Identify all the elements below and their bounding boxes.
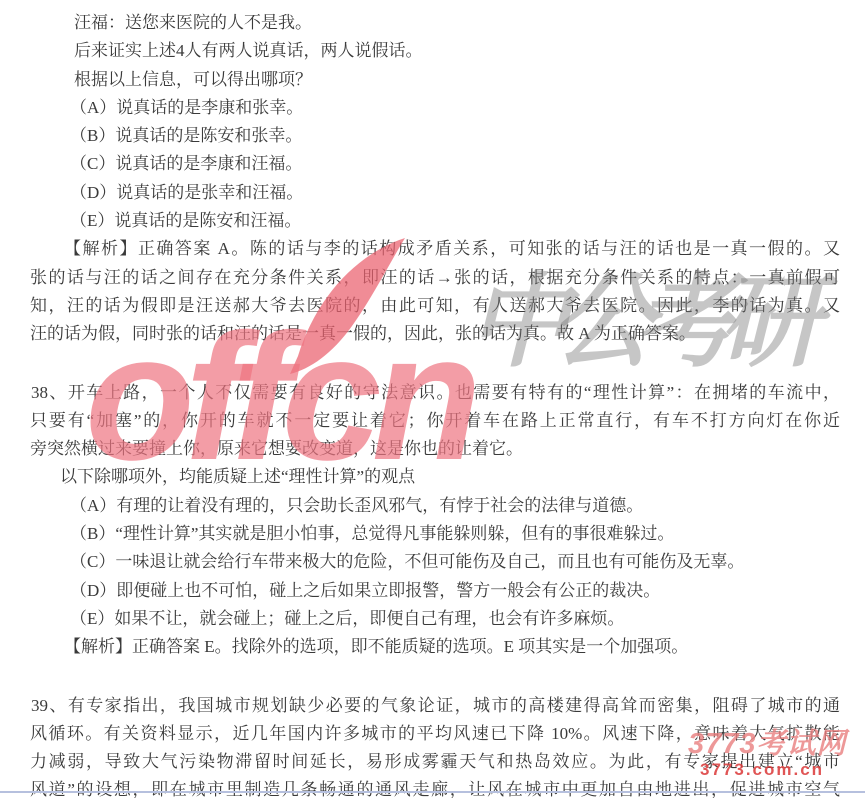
text-line: 38、开车上路，一个人不仅需要有良好的守法意识。也需要有特有的“理性计算”：在拥… — [30, 379, 840, 407]
text-line: 只要有“加塞”的，你开的车就不一定要让着它；你开着车在路上正常直行，有车不打方向… — [30, 407, 840, 435]
document-body: 汪福：送您来医院的人不是我。后来证实上述4人有两人说真话，两人说假话。根据以上信… — [30, 9, 840, 798]
page-bottom-rule — [0, 791, 865, 793]
text-line: （C）一味退让就会给行车带来极大的危险，不但可能伤及自己，而且也有可能伤及无辜。 — [30, 548, 840, 576]
text-line: （B）说真话的是陈安和张幸。 — [30, 122, 840, 150]
text-line: （B）“理性计算”其实就是胆小怕事，总觉得凡事能躲则躲，但有的事很难躲过。 — [30, 520, 840, 548]
text-line: （A）有理的让着没有理的，只会助长歪风邪气，有悖于社会的法律与道德。 — [30, 492, 840, 520]
text-line: 风道”的设想，即在城市里制造几条畅通的通风走廊，让风在城市中更加自由地进出，促进… — [30, 776, 840, 798]
text-line: 力减弱，导致大气污染物滞留时间延长，易形成雾霾天气和热岛效应。为此，有专家提出建… — [30, 748, 840, 776]
text-line: 根据以上信息，可以得出哪项？ — [30, 66, 840, 94]
text-line: （D）即便碰上也不可怕，碰上之后如果立即报警，警方一般会有公正的裁决。 — [30, 577, 840, 605]
text-line: 汪福：送您来医院的人不是我。 — [30, 9, 840, 37]
text-line: （D）说真话的是张幸和汪福。 — [30, 179, 840, 207]
text-line: 后来证实上述4人有两人说真话，两人说假话。 — [30, 37, 840, 65]
text-line: 张的话与汪的话之间存在充分条件关系，即汪的话→张的话，根据充分条件关系的特点：一… — [30, 264, 840, 292]
text-line: 【解析】正确答案 A。陈的话与李的话构成矛盾关系，可知张的话与汪的话也是一真一假… — [30, 235, 840, 263]
text-line: 风循环。有关资料显示，近几年国内许多城市的平均风速已下降 10%。风速下降，意味… — [30, 720, 840, 748]
text-line: （E）如果不让，就会碰上；碰上之后，即便自己有理，也会有许多麻烦。 — [30, 605, 840, 633]
text-line: 以下除哪项外，均能质疑上述“理性计算”的观点 — [30, 463, 840, 491]
document-page: 汪福：送您来医院的人不是我。后来证实上述4人有两人说真话，两人说假话。根据以上信… — [0, 0, 865, 798]
text-line: （A）说真话的是李康和张幸。 — [30, 94, 840, 122]
text-line: 汪的话为假，同时张的话和汪的话是一真一假的，因此，张的话为真。故 A 为正确答案… — [30, 320, 840, 348]
text-line: 知，汪的话为假即是汪送郝大爷去医院的，由此可知，有人送郝大爷去医院。因此，李的话… — [30, 292, 840, 320]
text-line: （C）说真话的是李康和汪福。 — [30, 150, 840, 178]
text-line: 39、有专家指出，我国城市规划缺少必要的气象论证，城市的高楼建得高耸而密集，阻碍… — [30, 692, 840, 720]
text-line: 【解析】正确答案 E。找除外的选项，即不能质疑的选项。E 项其实是一个加强项。 — [30, 633, 840, 661]
text-line: （E）说真话的是陈安和汪福。 — [30, 207, 840, 235]
text-line: 旁突然横过来要撞上你，原来它想要改变道，这是你也的让着它。 — [30, 435, 840, 463]
